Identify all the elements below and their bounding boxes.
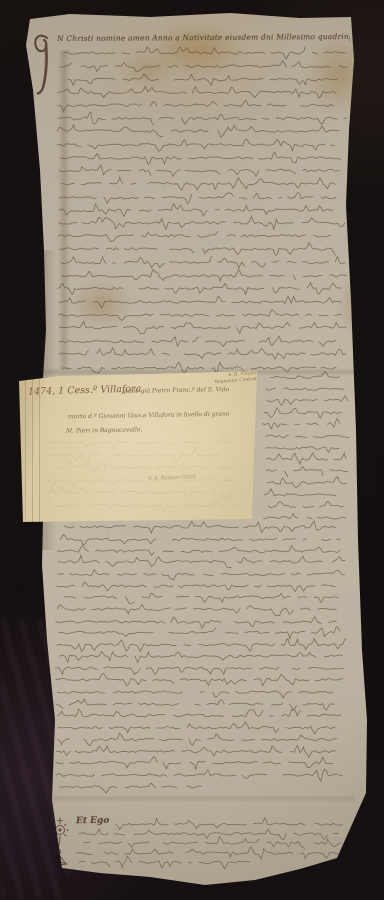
- slip-note-line3: M. Pieri in Bagnacavallo.: [66, 426, 142, 434]
- opening-initial: [35, 36, 47, 94]
- handwriting-region-right-of-slip: [263, 372, 355, 520]
- handwriting-region-slip-showthrough: [46, 436, 242, 512]
- notarial-closing-phrase: Et Ego: [76, 816, 109, 827]
- handwriting-region-upper-body: [57, 47, 347, 375]
- handwriting-region-lower-body: [55, 521, 349, 793]
- handwriting-region-notarial-block: [77, 818, 345, 869]
